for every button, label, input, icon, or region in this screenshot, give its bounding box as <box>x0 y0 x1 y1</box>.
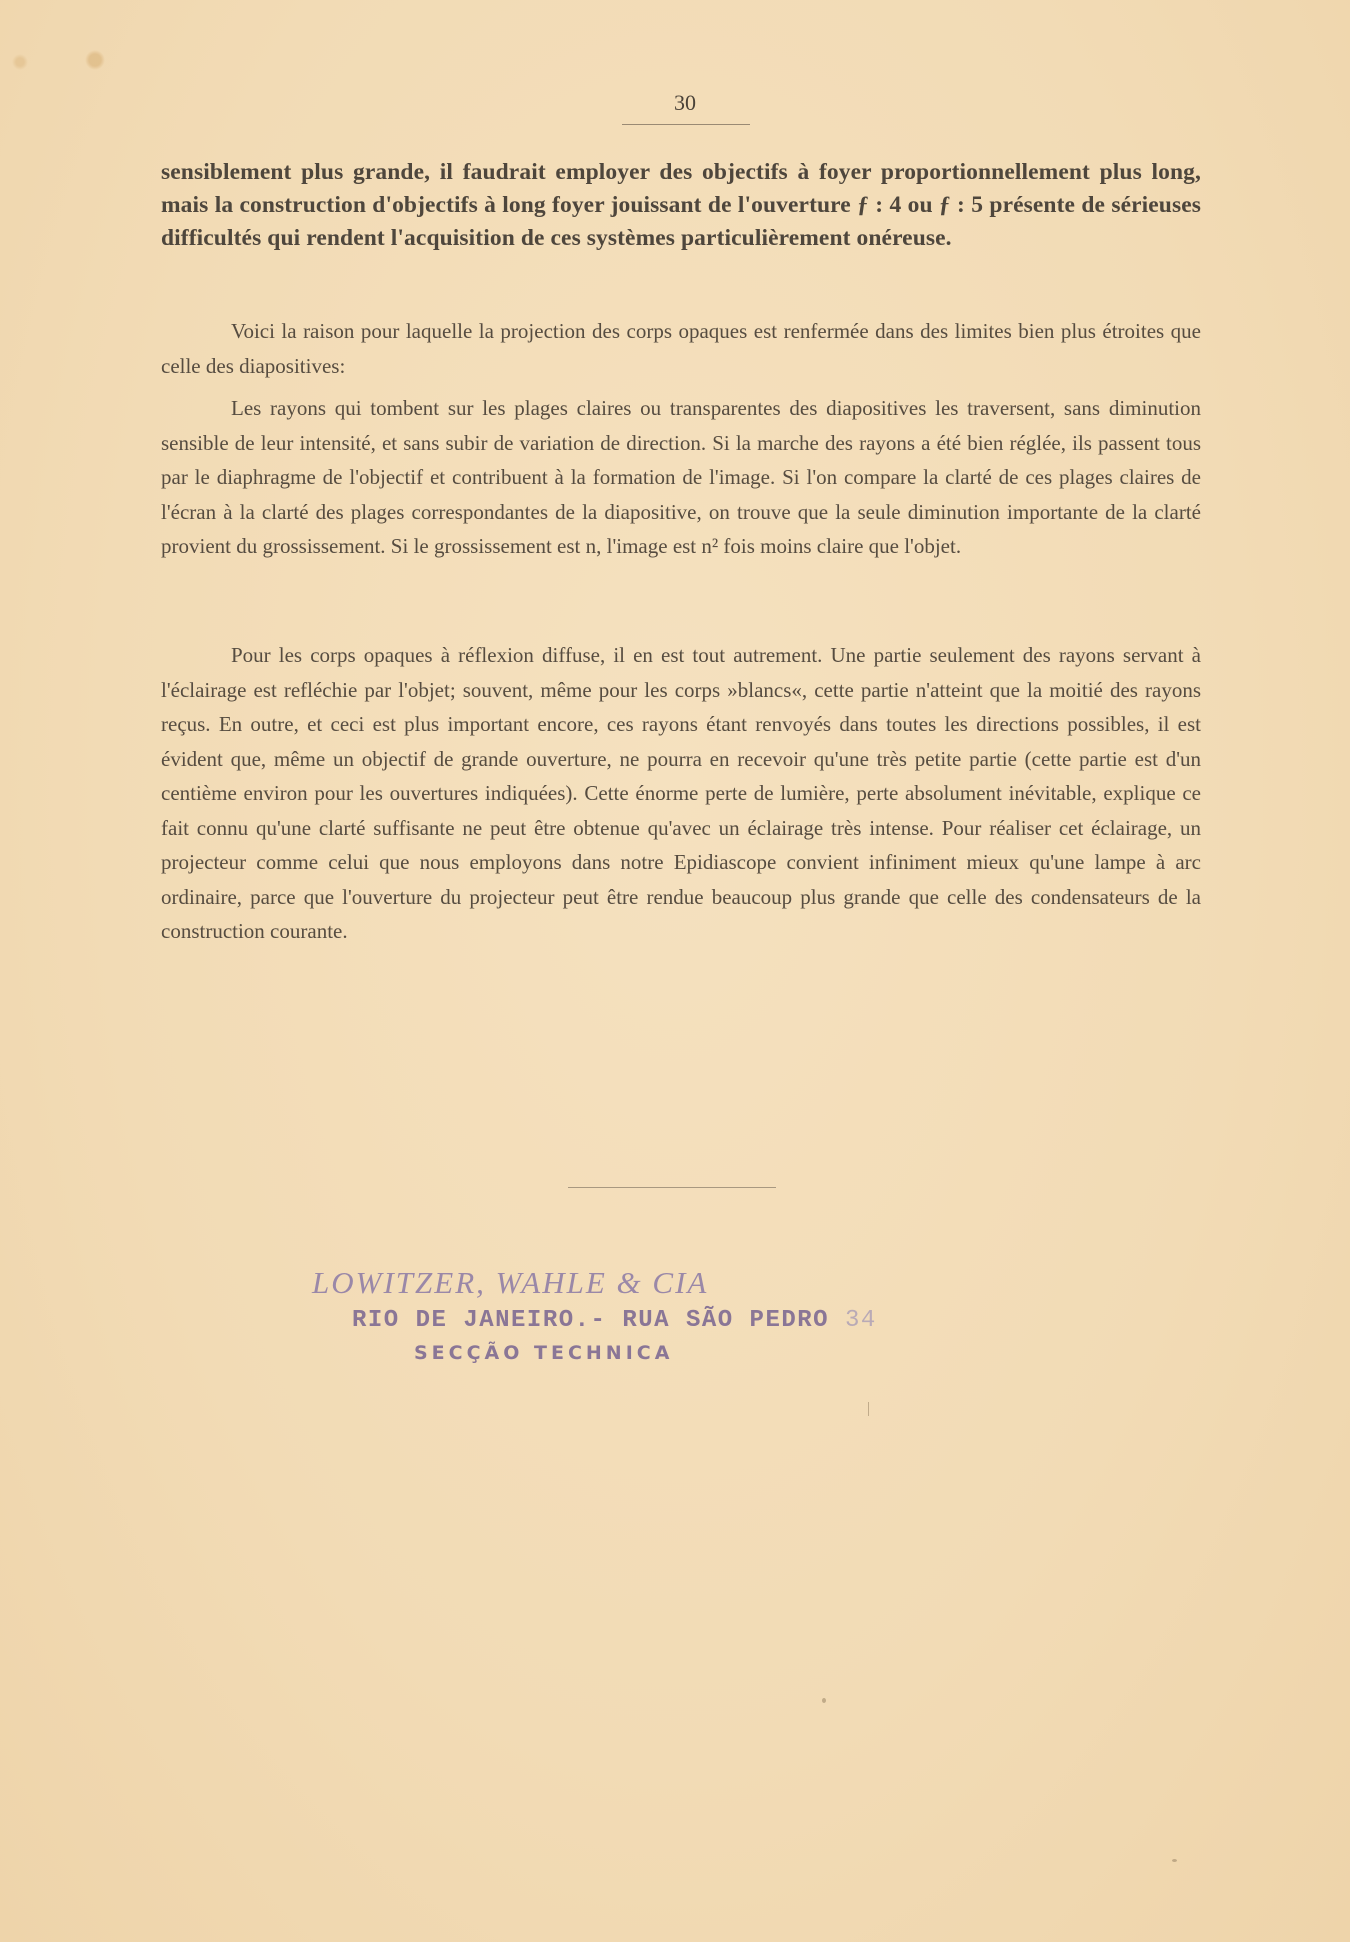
paper-speck <box>822 1698 826 1703</box>
stamp-department: SECÇÃO TECHNICA <box>414 1342 1164 1364</box>
stamp-address: RIO DE JANEIRO.- RUA SÃO PEDRO 34 <box>352 1307 1102 1334</box>
scanned-page: 30 sensiblement plus grande, il faudrait… <box>0 0 1350 1942</box>
paragraph-opaque-bodies: Pour les corps opaques à réflexion diffu… <box>161 638 1201 949</box>
stamp-address-number: 34 <box>845 1307 877 1334</box>
paragraph-diapositives: Les rayons qui tombent sur les plages cl… <box>161 391 1201 564</box>
section-divider <box>568 1187 776 1188</box>
page-number-rule <box>622 124 750 125</box>
stamp-company-name: LOWITZER, WAHLE & CIA <box>312 1265 1062 1301</box>
paper-speck <box>868 1402 869 1416</box>
paragraph-continuation: sensiblement plus grande, il faudrait em… <box>161 156 1201 255</box>
paper-speck <box>1172 1859 1177 1862</box>
page-number: 30 <box>620 90 750 116</box>
paragraph-reason: Voici la raison pour laquelle la project… <box>161 314 1201 383</box>
stamp-address-text: RIO DE JANEIRO.- RUA SÃO PEDRO <box>352 1307 829 1334</box>
